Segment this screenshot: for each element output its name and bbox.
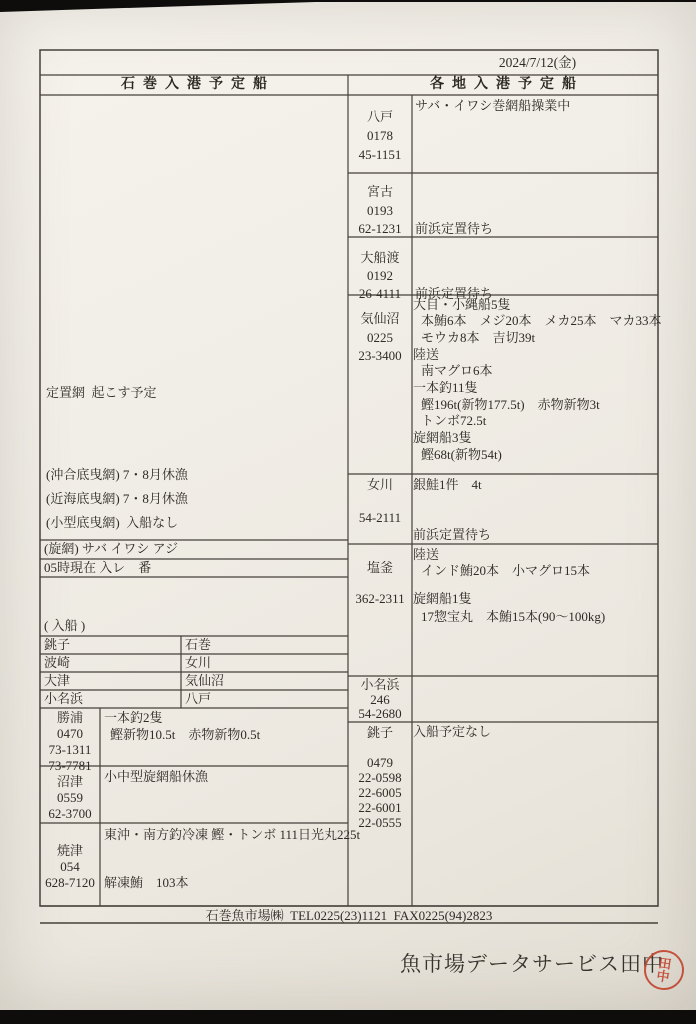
- footer-contact: 石巻魚市場㈱ TEL0225(23)1121 FAX0225(94)2823: [40, 908, 658, 923]
- kesennuma-line-1: 大目・小縄船5隻: [413, 297, 511, 312]
- port-name-hachinohe: 八戸: [348, 109, 412, 124]
- port-tel-hachinohe-1: 0178: [348, 128, 412, 143]
- pair-left-hasaki: 波崎: [44, 655, 70, 670]
- port-name-shiogama: 塩釜: [348, 560, 412, 575]
- station-tel-numazu-1: 0559: [40, 790, 100, 805]
- pair-left-onahama: 小名浜: [44, 691, 83, 706]
- hanko-stamp-bottom-char: 中: [656, 969, 671, 984]
- closure-note-kinkai: (近海底曳網) 7・8月休漁: [46, 491, 188, 506]
- shiogama-line-2: インド鮪20本 小マグロ15本: [421, 563, 590, 578]
- station-name-numazu: 沼津: [40, 774, 100, 789]
- choshi-note: 入船予定なし: [413, 724, 491, 739]
- station-name-katsuura: 勝浦: [40, 710, 100, 725]
- port-tel-ofunato-1: 0192: [348, 268, 412, 283]
- yaizu-line-2: 解凍鮪 103本: [104, 875, 189, 890]
- pair-left-choshi: 銚子: [44, 637, 70, 652]
- right-column-header: 各地入港予定船: [348, 77, 658, 92]
- port-tel-onahama-1: 246: [348, 692, 412, 707]
- port-tel-onahama-2: 54-2680: [348, 706, 412, 721]
- kesennuma-line-3: モウカ8本 吉切39t: [421, 330, 535, 345]
- miyako-note: 前浜定置待ち: [415, 221, 493, 236]
- station-tel-katsuura-2: 73-1311: [40, 742, 100, 757]
- station-tel-katsuura-1: 0470: [40, 726, 100, 741]
- kesennuma-line-9: 旋網船3隻: [413, 430, 472, 445]
- katsuura-line-2: 鰹新物10.5t 赤物新物0.5t: [110, 727, 260, 742]
- station-name-yaizu: 焼津: [40, 843, 100, 858]
- port-tel-choshi-4: 22-6001: [348, 800, 412, 815]
- shiogama-line-3: 旋網船1隻: [413, 591, 472, 606]
- kesennuma-line-6: 一本釣11隻: [413, 380, 478, 395]
- port-name-kesennuma: 気仙沼: [348, 311, 412, 326]
- station-tel-numazu-2: 62-3700: [40, 806, 100, 821]
- pair-right-kesennuma: 気仙沼: [185, 673, 224, 688]
- port-tel-kesennuma-1: 0225: [348, 330, 412, 345]
- port-name-ofunato: 大船渡: [348, 250, 412, 265]
- closure-note-okiai: (沖合底曳網) 7・8月休漁: [46, 467, 188, 482]
- nyusen-label: ( 入船 ): [44, 618, 85, 633]
- port-name-choshi: 銚子: [348, 725, 412, 740]
- numazu-line-1: 小中型旋網船休漁: [104, 769, 208, 784]
- time-status-row: 05時現在 入レ 番: [44, 560, 151, 575]
- left-column-header: 石巻入港予定船: [40, 77, 348, 92]
- photo-background: 2024/7/12(金) 石巻入港予定船 各地入港予定船 定置網 起こす予定 (…: [0, 0, 696, 1024]
- kesennuma-line-5: 南マグロ6本: [421, 363, 493, 378]
- port-name-onagawa: 女川: [348, 477, 412, 492]
- port-name-onahama: 小名浜: [348, 677, 412, 692]
- closure-note-kogata: (小型底曳網) 入船なし: [46, 515, 178, 530]
- port-tel-choshi-2: 22-0598: [348, 770, 412, 785]
- port-tel-onagawa: 54-2111: [348, 510, 412, 525]
- kesennuma-line-2: 本鮪6本 メジ20本 メカ25本 マカ33本: [421, 313, 662, 328]
- katsuura-line-1: 一本釣2隻: [104, 710, 163, 725]
- kesennuma-line-4: 陸送: [413, 347, 439, 362]
- port-tel-kesennuma-2: 23-3400: [348, 348, 412, 363]
- shiogama-line-4: 17惣宝丸 本鮪15本(90〜100kg): [421, 609, 605, 624]
- port-tel-choshi-3: 22-6005: [348, 785, 412, 800]
- onagawa-line-2: 前浜定置待ち: [413, 527, 491, 542]
- teichi-note: 定置網 起こす予定: [46, 385, 157, 400]
- yaizu-line-1: 東沖・南方釣冷凍 鰹・トンボ 111日光丸225t: [104, 827, 360, 842]
- pair-left-otsu: 大津: [44, 673, 70, 688]
- station-tel-yaizu-1: 054: [40, 859, 100, 874]
- hachinohe-note: サバ・イワシ巻網船操業中: [415, 98, 570, 113]
- seine-species-row: (旋網) サバ イワシ アジ: [44, 541, 178, 556]
- kesennuma-line-7: 鰹196t(新物177.5t) 赤物新物3t: [421, 397, 600, 412]
- signature-text: 魚市場データサービス田中: [400, 948, 664, 978]
- port-tel-ofunato-2: 26-4111: [348, 286, 412, 301]
- port-tel-choshi-5: 22-0555: [348, 815, 412, 830]
- port-tel-miyako-1: 0193: [348, 203, 412, 218]
- port-tel-miyako-2: 62-1231: [348, 221, 412, 236]
- port-tel-shiogama: 362-2311: [348, 591, 412, 606]
- port-name-miyako: 宮古: [348, 184, 412, 199]
- pair-right-onagawa: 女川: [185, 655, 211, 670]
- pair-right-ishinomaki: 石巻: [185, 637, 211, 652]
- kesennuma-line-10: 鰹68t(新物54t): [421, 447, 502, 462]
- report-date: 2024/7/12(金): [470, 55, 605, 70]
- port-tel-choshi-1: 0479: [348, 755, 412, 770]
- station-tel-katsuura-3: 73-7781: [40, 758, 100, 773]
- station-tel-yaizu-2: 628-7120: [40, 875, 100, 890]
- port-tel-hachinohe-2: 45-1151: [348, 147, 412, 162]
- shiogama-line-1: 陸送: [413, 547, 439, 562]
- kesennuma-line-8: トンボ72.5t: [421, 413, 486, 428]
- pair-right-hachinohe: 八戸: [185, 691, 211, 706]
- onagawa-line-1: 銀鮭1件 4t: [413, 477, 482, 492]
